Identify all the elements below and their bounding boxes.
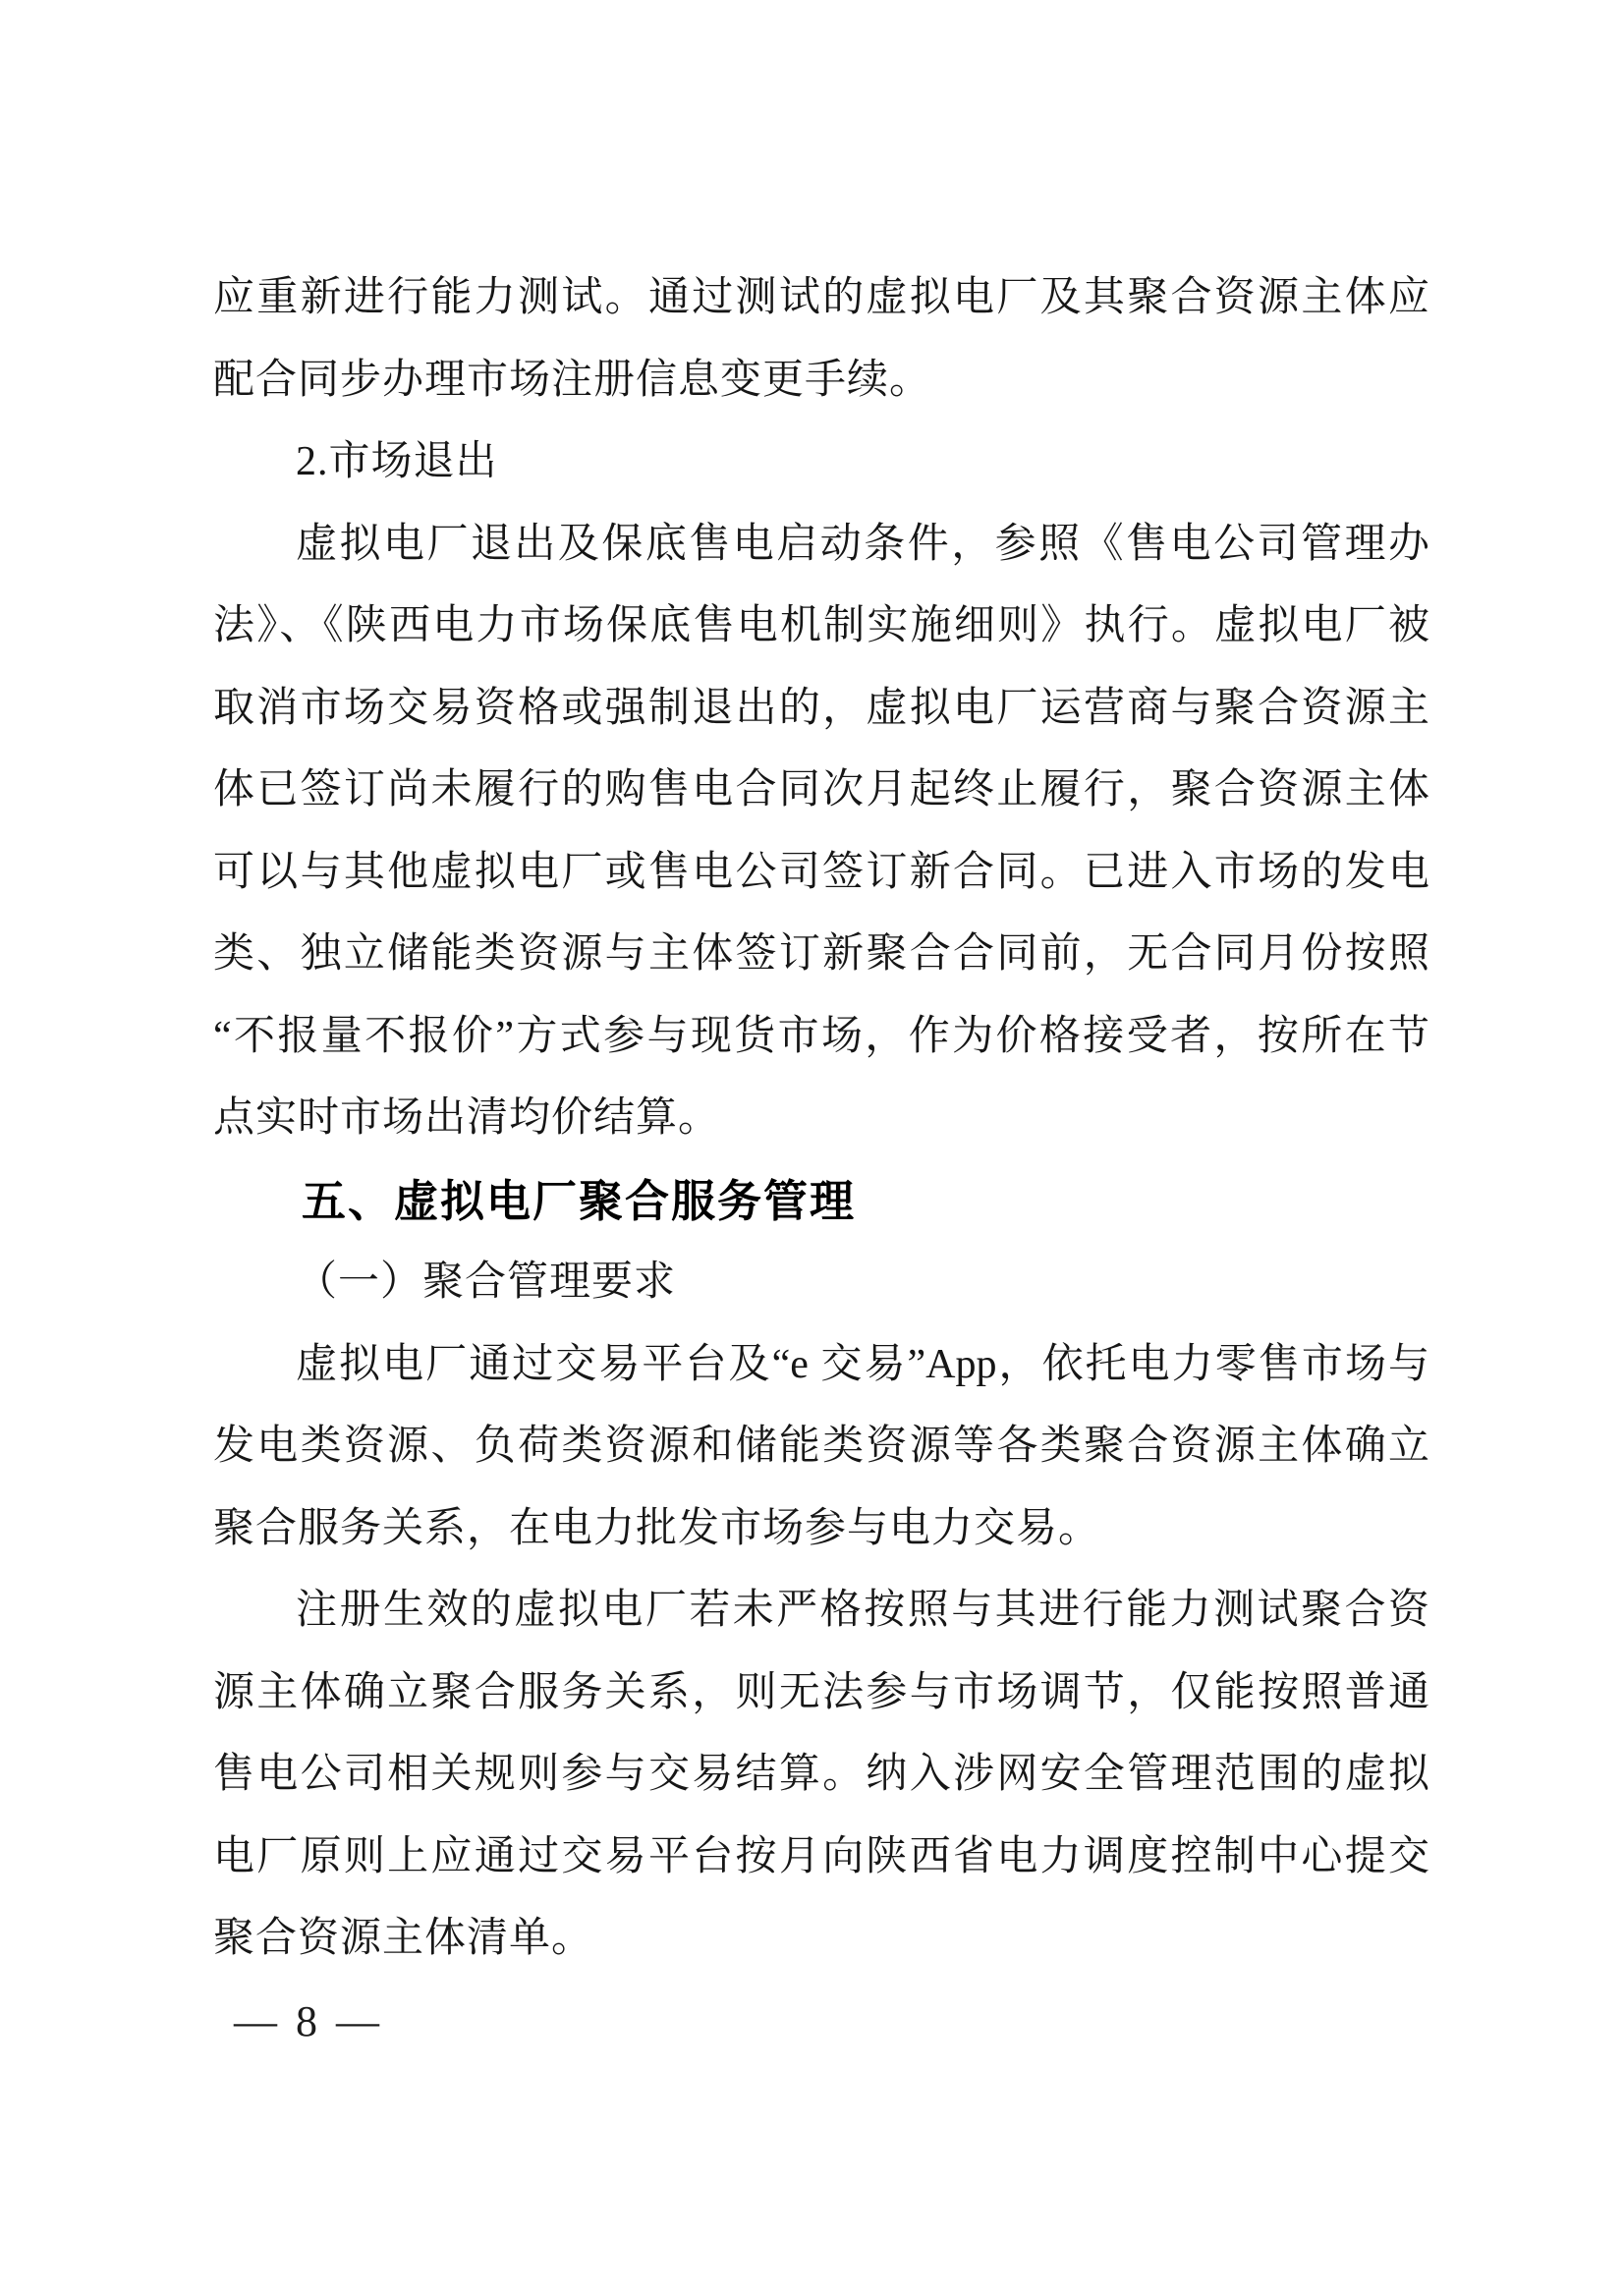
body-line: 电厂原则上应通过交易平台按月向陕西省电力调度控制中心提交 [213,1817,1429,1899]
body-line: 源主体确立聚合服务关系，则无法参与市场调节，仅能按照普通 [213,1652,1429,1735]
body-line: 可以与其他虚拟电厂或售电公司签订新合同。已进入市场的发电 [213,832,1429,915]
body-line: 类、独立储能类资源与主体签订新聚合合同前，无合同月份按照 [213,914,1429,996]
list-item-heading: 2.市场退出 [213,421,1429,504]
body-line: 聚合服务关系，在电力批发市场参与电力交易。 [213,1488,1429,1571]
body-line: 体已签订尚未履行的购售电合同次月起终止履行，聚合资源主体 [213,750,1429,832]
body-line: 虚拟电厂退出及保底售电启动条件，参照《售电公司管理办 [213,504,1429,587]
body-line: 虚拟电厂通过交易平台及“e 交易”App，依托电力零售市场与 [213,1324,1429,1407]
body-line: 售电公司相关规则参与交易结算。纳入涉网安全管理范围的虚拟 [213,1734,1429,1817]
page-number: — 8 — [234,1996,383,2047]
document-page: 应重新进行能力测试。通过测试的虚拟电厂及其聚合资源主体应 配合同步办理市场注册信… [0,0,1624,2295]
body-line: 应重新进行能力测试。通过测试的虚拟电厂及其聚合资源主体应 [213,257,1429,340]
section-heading: 五、虚拟电厂聚合服务管理 [213,1160,1429,1243]
body-line: 注册生效的虚拟电厂若未严格按照与其进行能力测试聚合资 [213,1570,1429,1652]
document-body: 应重新进行能力测试。通过测试的虚拟电厂及其聚合资源主体应 配合同步办理市场注册信… [213,257,1429,1981]
body-line: 法》、《陕西电力市场保底售电机制实施细则》执行。虚拟电厂被 [213,586,1429,668]
body-line: “不报量不报价”方式参与现货市场，作为价格接受者，按所在节 [213,996,1429,1079]
body-line: 聚合资源主体清单。 [213,1898,1429,1981]
body-line: 发电类资源、负荷类资源和储能类资源等各类聚合资源主体确立 [213,1406,1429,1488]
body-line: 配合同步办理市场注册信息变更手续。 [213,340,1429,422]
subsection-heading: （一）聚合管理要求 [213,1242,1429,1324]
body-line: 点实时市场出清均价结算。 [213,1078,1429,1160]
body-line: 取消市场交易资格或强制退出的，虚拟电厂运营商与聚合资源主 [213,668,1429,751]
